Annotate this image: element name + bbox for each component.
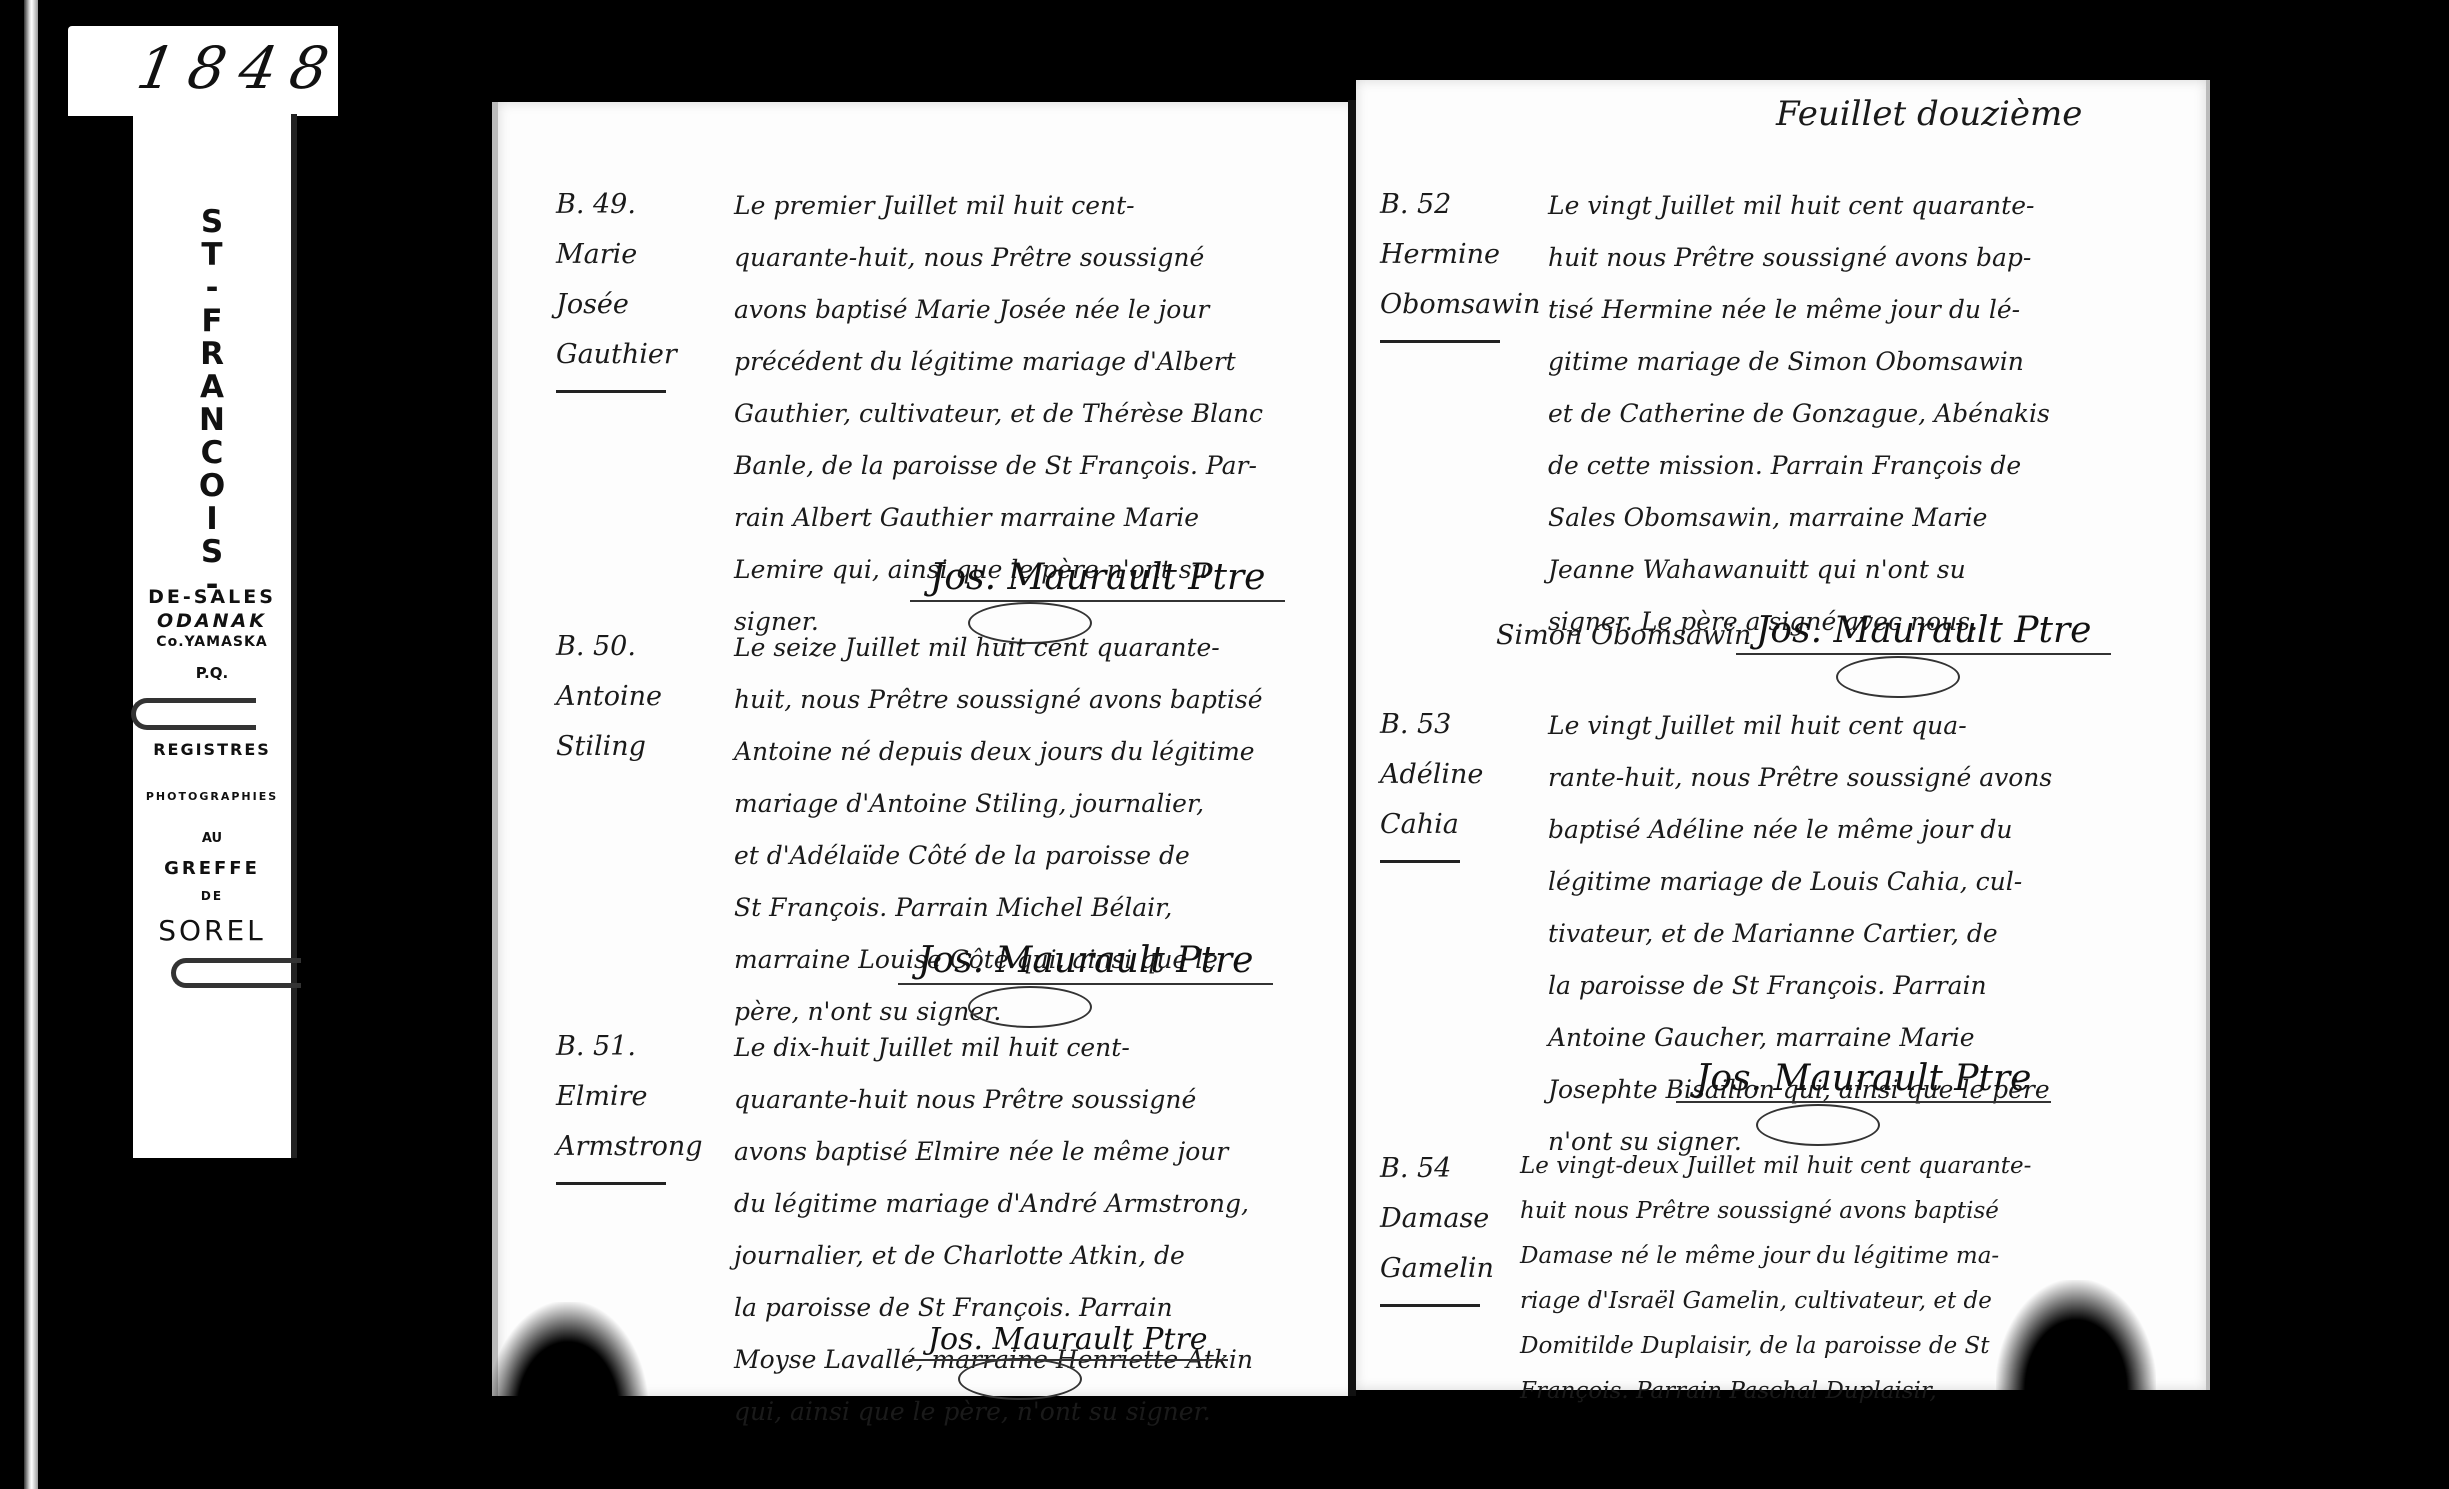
entry-number: B. 52 — [1380, 180, 1510, 230]
signature-flourish — [958, 1358, 1082, 1400]
child-surname: Gamelin — [1380, 1244, 1510, 1294]
label-registres: REGISTRES — [133, 740, 291, 759]
priest-signature: Jos. Maurault Ptre — [910, 557, 1285, 602]
label-greffe: GREFFE — [133, 858, 291, 879]
entry-margin: B. 51. Elmire Armstrong — [556, 1022, 686, 1185]
entry-number: B. 54 — [1380, 1144, 1510, 1194]
archive-label-strip: S T - F R A N C O I S - DE-SALES ODANAK … — [133, 114, 297, 1158]
parish-letter: C — [201, 437, 224, 470]
page-curl-shadow — [488, 1302, 648, 1412]
register-page-left: B. 49. Marie Josée Gauthier Le premier J… — [492, 102, 1356, 1396]
label-de-sales: DE-SALES — [133, 586, 291, 608]
parish-letter: A — [200, 371, 224, 404]
label-county: Co.YAMASKA — [133, 634, 291, 650]
entry-text: Le vingt Juillet mil huit cent quarante-… — [1548, 180, 2168, 648]
label-au: AU — [133, 831, 291, 846]
book-binding-edge — [24, 0, 38, 1489]
entry-margin: B. 52 Hermine Obomsawin — [1380, 180, 1510, 343]
entry-number: B. 51. — [556, 1022, 686, 1072]
register-page-right: Feuillet douzième B. 52 Hermine Obomsawi… — [1356, 80, 2210, 1390]
child-name-line: Damase — [1380, 1194, 1510, 1244]
father-signature: Simon Obomsawin — [1496, 620, 1751, 651]
child-name-line: Marie — [556, 230, 686, 280]
margin-rule — [1380, 1304, 1480, 1307]
page-curl-shadow — [1996, 1280, 2156, 1390]
label-sorel: SOREL — [133, 914, 291, 947]
year-tab: 1848 — [68, 26, 338, 116]
entry-number: B. 53 — [1380, 700, 1510, 750]
parish-letter: S — [201, 536, 223, 569]
entry-number: B. 50. — [556, 622, 686, 672]
signature-flourish — [1756, 1104, 1880, 1146]
child-surname: Stiling — [556, 722, 686, 772]
margin-rule — [556, 390, 666, 393]
parish-letter: N — [199, 404, 225, 437]
parish-letter: T — [201, 239, 222, 272]
child-name-line: Adéline — [1380, 750, 1510, 800]
child-surname: Gauthier — [556, 330, 686, 380]
child-name-line: Hermine — [1380, 230, 1510, 280]
parish-letter: I — [206, 503, 218, 536]
entry-margin: B. 53 Adéline Cahia — [1380, 700, 1510, 863]
entry-margin: B. 50. Antoine Stiling — [556, 622, 686, 772]
priest-signature: Jos. Maurault Ptre — [898, 940, 1273, 985]
label-odanak: ODANAK — [133, 610, 291, 632]
parish-letter: O — [199, 470, 225, 503]
signature-flourish — [1836, 656, 1960, 698]
label-photographies: PHOTOGRAPHIES — [133, 790, 291, 803]
child-name-line: Elmire — [556, 1072, 686, 1122]
priest-signature: Jos. Maurault Ptre — [908, 1322, 1228, 1361]
parish-letter: - — [206, 272, 219, 305]
parish-letter: R — [200, 338, 224, 371]
margin-rule — [556, 1182, 666, 1185]
entry-number: B. 49. — [556, 180, 686, 230]
label-province: P.Q. — [133, 664, 291, 682]
margin-rule — [1380, 860, 1460, 863]
child-name-line: Antoine — [556, 672, 686, 722]
folio-header: Feuillet douzième — [1776, 94, 2082, 134]
paper-clip-icon — [131, 698, 256, 730]
child-surname: Obomsawin — [1380, 280, 1510, 330]
parish-name-vertical: S T - F R A N C O I S - — [133, 206, 291, 602]
parish-letter: S — [201, 206, 223, 239]
child-surname: Cahia — [1380, 800, 1510, 850]
paper-clip-icon — [171, 958, 301, 988]
priest-signature: Jos. Maurault Ptre — [1676, 1058, 2051, 1103]
child-name-line: Josée — [556, 280, 686, 330]
year-label: 1848 — [132, 34, 348, 102]
entry-margin: B. 49. Marie Josée Gauthier — [556, 180, 686, 393]
parish-letter: F — [201, 305, 222, 338]
margin-rule — [1380, 340, 1500, 343]
priest-signature: Jos. Maurault Ptre — [1736, 610, 2111, 655]
entry-margin: B. 54 Damase Gamelin — [1380, 1144, 1510, 1307]
child-surname: Armstrong — [556, 1122, 686, 1172]
book-gutter — [1348, 100, 1356, 1396]
label-de: DE — [133, 889, 291, 903]
